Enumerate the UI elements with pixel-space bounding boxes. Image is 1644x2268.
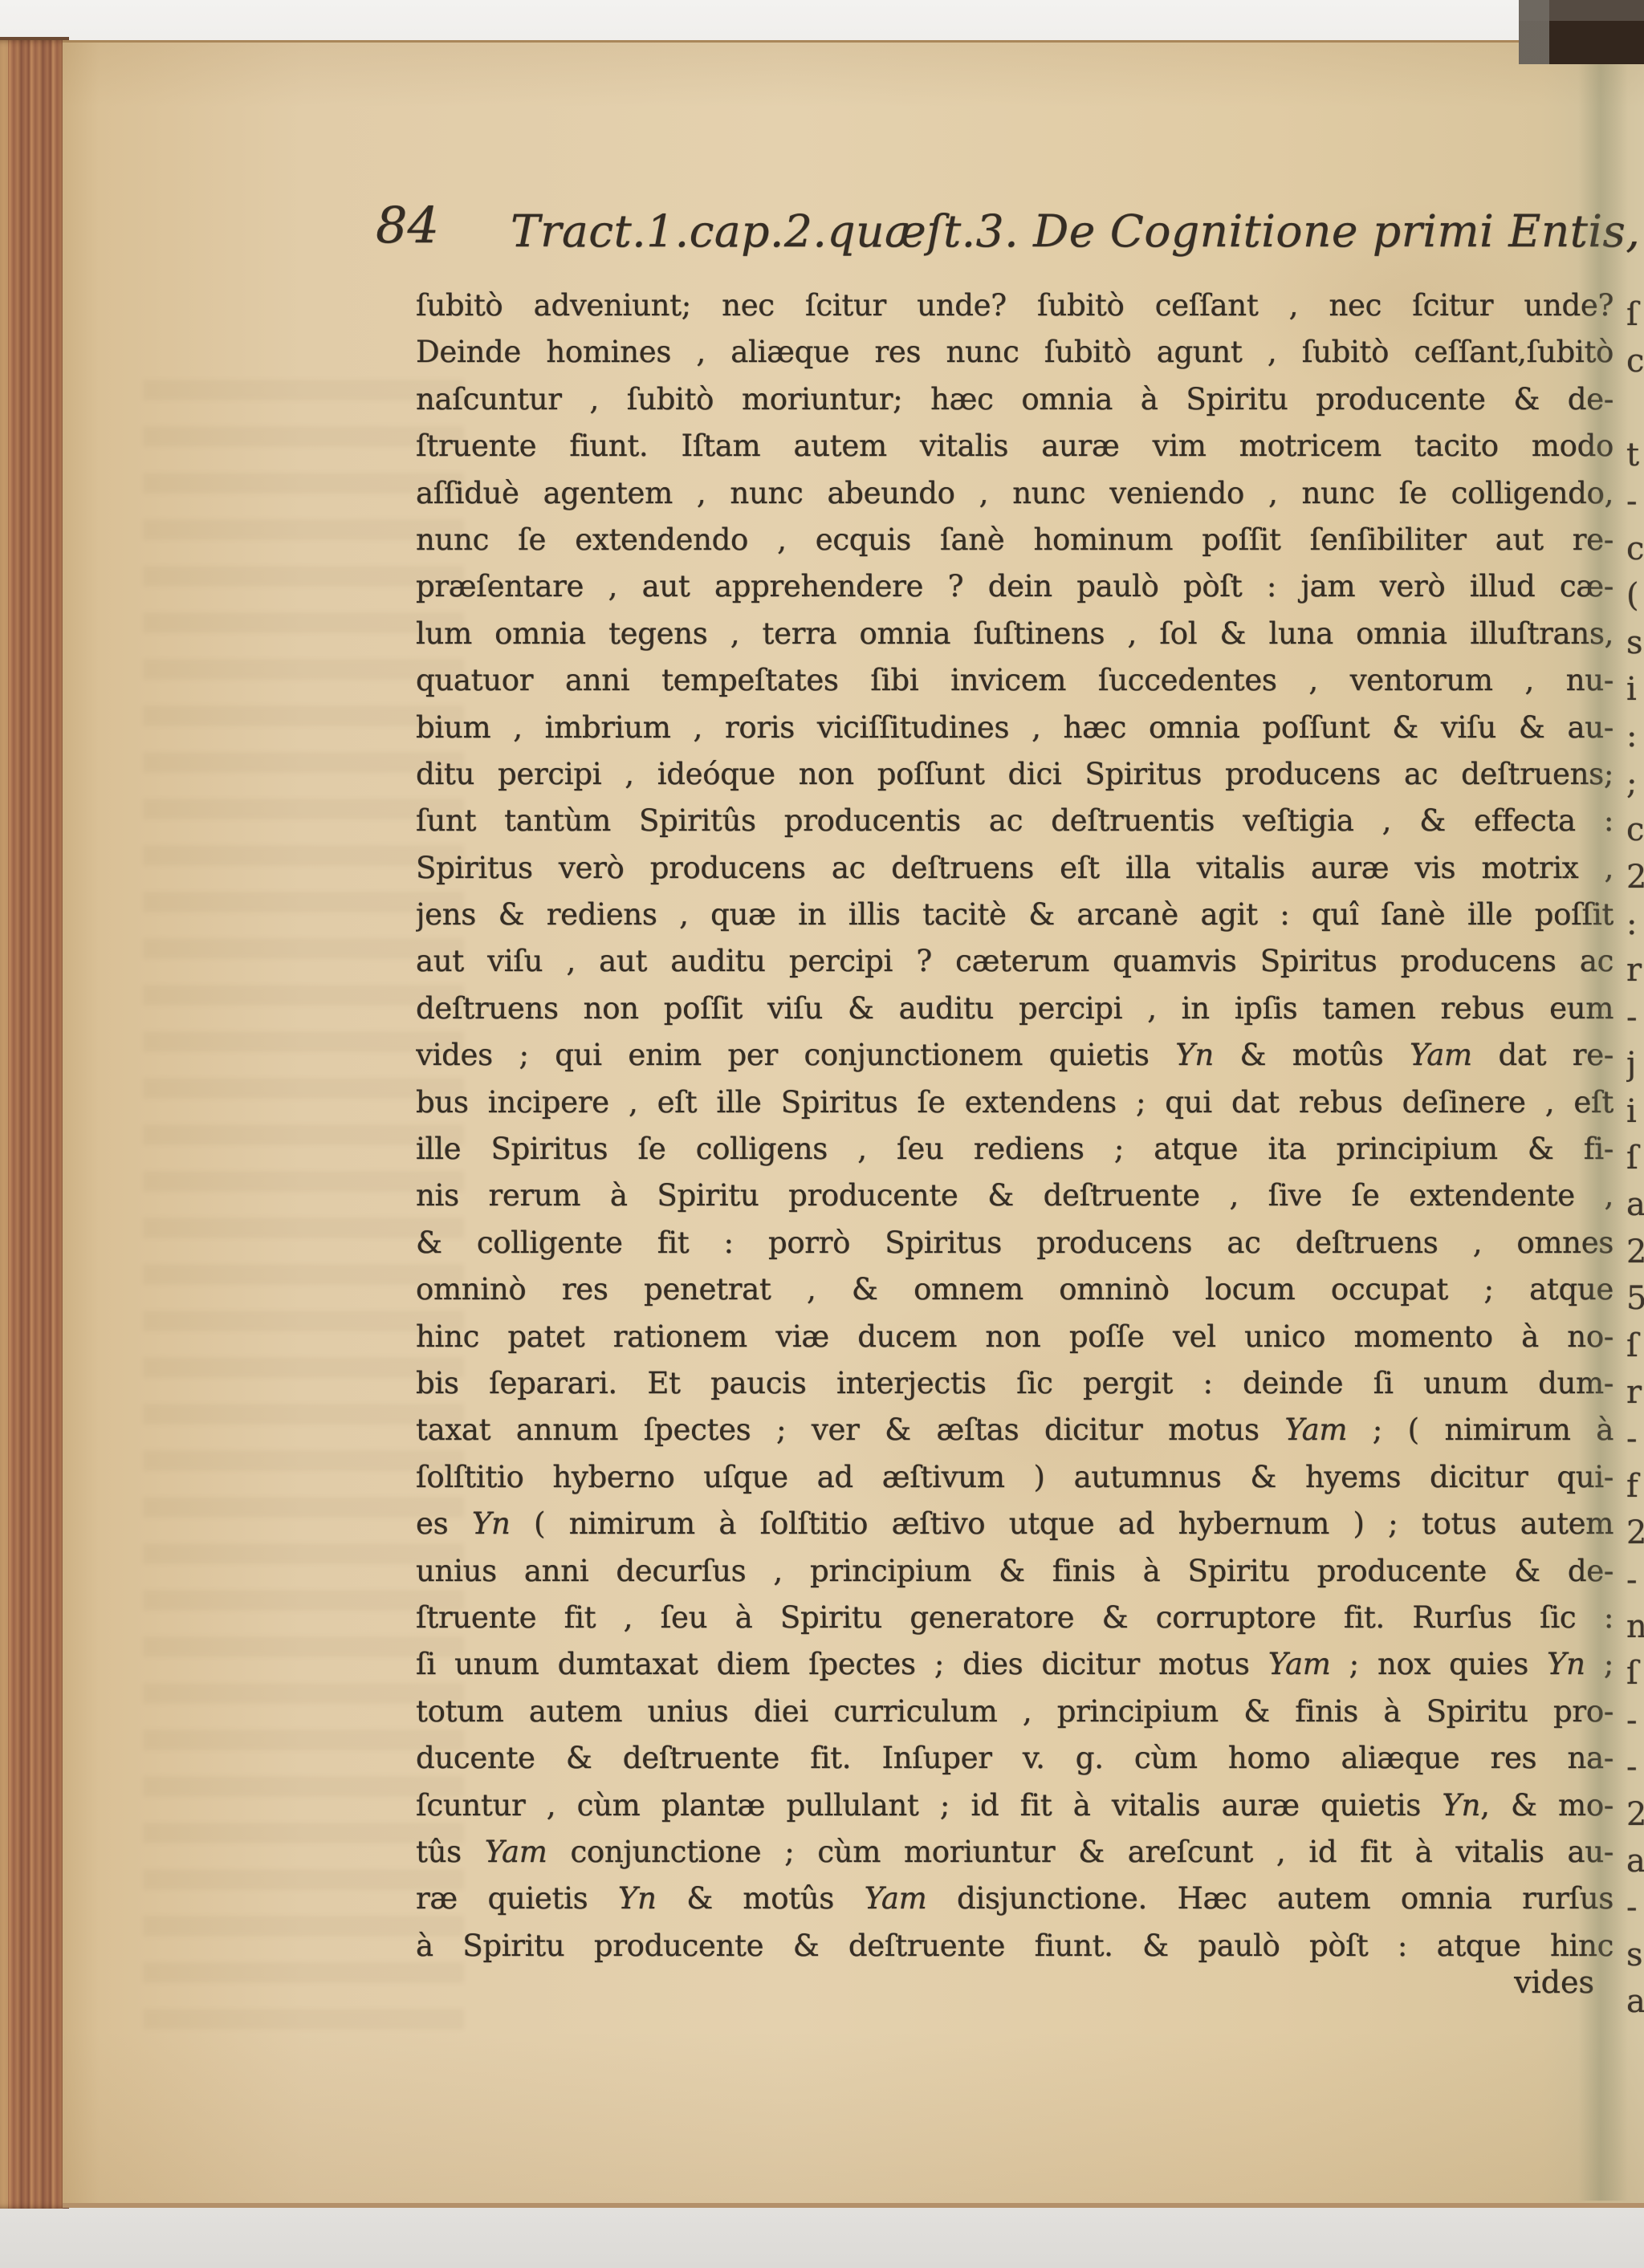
- text-line: bium , imbrium , roris viciſſitudines , …: [416, 705, 1613, 751]
- text-segment: ſi unum dumtaxat diem ſpectes ; dies dic…: [416, 1647, 1268, 1681]
- facing-page-fragment: c: [1626, 530, 1644, 567]
- facing-page-fragment: a: [1626, 1983, 1644, 2020]
- catchword: vides: [416, 1965, 1594, 2000]
- facing-page-fragment: r: [1626, 1374, 1644, 1411]
- facing-page-fragment: s: [1626, 624, 1644, 661]
- text-segment: bus incipere , eſt ille Spiritus ſe exte…: [416, 1085, 1613, 1120]
- text-segment: Spiritus verò producens ac deſtruens eſt…: [416, 851, 1613, 885]
- text-line: naſcuntur , ſubitò moriuntur; hæc omnia …: [416, 376, 1613, 423]
- facing-page-fragment: a: [1626, 1843, 1644, 1880]
- facing-page-fragment: 2: [1626, 1234, 1644, 1270]
- facing-page-fragment: c: [1626, 343, 1644, 380]
- text-line: lum omnia tegens , terra omnia ſuſtinens…: [416, 611, 1613, 657]
- text-segment: conjunctione ; cùm moriuntur & areſcunt …: [547, 1835, 1613, 1869]
- facing-page-fragment: -: [1626, 999, 1644, 1036]
- text-segment: ſolſtitio hyberno uſque ad æſtivum ) aut…: [416, 1460, 1613, 1494]
- facing-page-fragment: -: [1626, 1889, 1644, 1926]
- text-segment: taxat annum ſpectes ; ver & æſtas dicitu…: [416, 1412, 1284, 1447]
- facing-page-fragment: c: [1626, 811, 1644, 848]
- text-line: ille Spiritus ſe colligens , ſeu rediens…: [416, 1126, 1613, 1173]
- facing-page-fragment: 2: [1626, 859, 1644, 896]
- text-segment: ſtruente fit , ſeu à Spiritu generatore …: [416, 1600, 1613, 1635]
- text-segment: nis rerum à Spiritu producente & deſtrue…: [416, 1178, 1613, 1213]
- facing-page-fragment: -: [1626, 483, 1644, 520]
- text-segment: ſcuntur , cùm plantæ pullulant ; id fit …: [416, 1788, 1442, 1823]
- text-line: bus incipere , eſt ille Spiritus ſe exte…: [416, 1079, 1613, 1126]
- facing-page-fragment: -: [1626, 1562, 1644, 1599]
- text-line: ſtruente fiunt. Iſtam autem vitalis auræ…: [416, 423, 1613, 469]
- facing-page-fragment: ſ: [1626, 296, 1644, 333]
- facing-page-fragment: i: [1626, 671, 1644, 708]
- text-segment: bium , imbrium , roris viciſſitudines , …: [416, 710, 1613, 745]
- text-line: aſſiduè agentem , nunc abeundo , nunc ve…: [416, 470, 1613, 517]
- gutter-shadow: [1578, 40, 1628, 2201]
- text-segment: ducente & deſtruente fit. Inſuper v. g. …: [416, 1741, 1613, 1775]
- italic-term: Yam: [865, 1881, 927, 1916]
- running-title: Tract.1.cap.2.quæſt.3. De Cognitione pri…: [511, 205, 1602, 257]
- facing-page-fragment: f: [1626, 1468, 1644, 1505]
- text-line: jens & rediens , quæ in illis tacitè & a…: [416, 892, 1613, 938]
- text-segment: es: [416, 1506, 472, 1541]
- facing-page-fragment: :: [1626, 905, 1644, 942]
- facing-page-fragment: s: [1626, 1937, 1644, 1973]
- text-line: quatuor anni tempeſtates ſibi invicem ſu…: [416, 657, 1613, 704]
- text-line: ditu percipi , ideóque non poſſunt dici …: [416, 751, 1613, 798]
- text-segment: omninò res penetrat , & omnem omninò loc…: [416, 1272, 1613, 1307]
- text-line: præſentare , aut apprehendere ? dein pau…: [416, 563, 1613, 610]
- text-line: deſtruens non poſſit viſu & auditu perci…: [416, 986, 1613, 1032]
- text-line: Spiritus verò producens ac deſtruens eſt…: [416, 845, 1613, 892]
- text-segment: disjunctione. Hæc autem omnia rurſus: [926, 1881, 1613, 1916]
- body-text: ſubitò adveniunt; nec ſcitur unde? ſubit…: [416, 282, 1613, 1969]
- text-segment: aut viſu , aut auditu percipi ? cæterum …: [416, 944, 1613, 978]
- italic-term: Yn: [1442, 1788, 1480, 1823]
- text-line: ræ quietis Yn & motûs Yam disjunctione. …: [416, 1876, 1613, 1922]
- text-segment: & colligente fit : porrò Spiritus produc…: [416, 1225, 1613, 1260]
- text-segment: ræ quietis: [416, 1881, 618, 1916]
- facing-page-fragment: :: [1626, 717, 1644, 754]
- facing-page-fragment: ſ: [1626, 1327, 1644, 1364]
- facing-page-fragment: ;: [1626, 765, 1644, 802]
- text-line: omninò res penetrat , & omnem omninò loc…: [416, 1266, 1613, 1313]
- italic-term: Yam: [1284, 1412, 1347, 1447]
- text-segment: naſcuntur , ſubitò moriuntur; hæc omnia …: [416, 382, 1613, 417]
- text-line: ſolſtitio hyberno uſque ad æſtivum ) aut…: [416, 1454, 1613, 1501]
- text-segment: ſubitò adveniunt; nec ſcitur unde? ſubit…: [416, 288, 1613, 323]
- facing-page-fragment: -: [1626, 1421, 1644, 1457]
- facing-page-fragment: -: [1626, 1749, 1644, 1786]
- text-line: totum autem unius diei curriculum , prin…: [416, 1689, 1613, 1735]
- text-line: ſcuntur , cùm plantæ pullulant ; id fit …: [416, 1782, 1613, 1829]
- italic-term: Yn: [472, 1506, 511, 1541]
- text-segment: ; ( nimirum à: [1347, 1412, 1613, 1447]
- text-line: unius anni decurſus , principium & finis…: [416, 1548, 1613, 1595]
- text-line: aut viſu , aut auditu percipi ? cæterum …: [416, 938, 1613, 985]
- text-line: ſtruente fit , ſeu à Spiritu generatore …: [416, 1595, 1613, 1641]
- facing-page-fragments: ſct-c(si:;c2:r-jiſa25ſr-f2-nſ--2a-sa: [1622, 0, 1644, 2268]
- italic-term: Yn: [618, 1881, 657, 1916]
- text-segment: Deinde homines , aliæque res nunc ſubitò…: [416, 335, 1613, 369]
- text-line: es Yn ( nimirum à ſolſtitio æſtivo utque…: [416, 1501, 1613, 1547]
- facing-page-fragment: t: [1626, 437, 1644, 474]
- facing-page-fragment: (: [1626, 577, 1644, 614]
- text-line: ducente & deſtruente fit. Inſuper v. g. …: [416, 1735, 1613, 1782]
- text-segment: hinc patet rationem viæ ducem non poſſe …: [416, 1319, 1613, 1354]
- text-segment: ille Spiritus ſe colligens , ſeu rediens…: [416, 1132, 1613, 1166]
- text-segment: ( nimirum à ſolſtitio æſtivo utque ad hy…: [511, 1506, 1614, 1541]
- text-line: nunc ſe extendendo , ecquis ſanè hominum…: [416, 517, 1613, 563]
- book-fore-edge: [0, 37, 69, 2209]
- text-segment: ditu percipi , ideóque non poſſunt dici …: [416, 757, 1613, 791]
- text-segment: unius anni decurſus , principium & finis…: [416, 1554, 1613, 1588]
- text-segment: ſtruente fiunt. Iſtam autem vitalis auræ…: [416, 429, 1613, 463]
- text-segment: deſtruens non poſſit viſu & auditu perci…: [416, 991, 1613, 1026]
- facing-page-fragment: ſ: [1626, 1140, 1644, 1177]
- text-line: tûs Yam conjunctione ; cùm moriuntur & a…: [416, 1829, 1613, 1876]
- text-line: ſubitò adveniunt; nec ſcitur unde? ſubit…: [416, 282, 1613, 329]
- text-segment: tûs: [416, 1835, 485, 1869]
- text-line: Deinde homines , aliæque res nunc ſubitò…: [416, 329, 1613, 376]
- facing-page-fragment: 2: [1626, 1796, 1644, 1833]
- italic-term: Yam: [1268, 1647, 1331, 1681]
- text-line: à Spiritu producente & deſtruente fiunt.…: [416, 1923, 1613, 1969]
- italic-term: Yam: [485, 1835, 547, 1869]
- italic-term: Yn: [1175, 1038, 1214, 1072]
- text-segment: & motûs: [657, 1881, 865, 1916]
- text-segment: lum omnia tegens , terra omnia ſuſtinens…: [416, 616, 1613, 651]
- text-segment: totum autem unius diei curriculum , prin…: [416, 1694, 1613, 1729]
- text-line: taxat annum ſpectes ; ver & æſtas dicitu…: [416, 1407, 1613, 1453]
- text-line: ſi unum dumtaxat diem ſpectes ; dies dic…: [416, 1641, 1613, 1688]
- text-segment: aſſiduè agentem , nunc abeundo , nunc ve…: [416, 476, 1613, 510]
- text-line: vides ; qui enim per conjunctionem quiet…: [416, 1032, 1613, 1079]
- text-segment: à Spiritu producente & deſtruente fiunt.…: [416, 1929, 1613, 1963]
- text-line: ſunt tantùm Spiritûs producentis ac deſt…: [416, 798, 1613, 844]
- text-segment: nunc ſe extendendo , ecquis ſanè hominum…: [416, 522, 1613, 557]
- text-segment: ; nox quies: [1331, 1647, 1548, 1681]
- text-segment: quatuor anni tempeſtates ſibi invicem ſu…: [416, 663, 1613, 697]
- facing-page-fragment: -: [1626, 1702, 1644, 1739]
- text-segment: bis ſeparari. Et paucis interjectis ſic …: [416, 1366, 1613, 1400]
- text-segment: præſentare , aut apprehendere ? dein pau…: [416, 569, 1613, 604]
- facing-page-fragment: n: [1626, 1608, 1644, 1645]
- italic-term: Yam: [1410, 1038, 1472, 1072]
- page-number: 84: [376, 196, 439, 254]
- book-scan: 84 Tract.1.cap.2.quæſt.3. De Cognitione …: [0, 0, 1644, 2268]
- facing-page-fragment: r: [1626, 952, 1644, 989]
- facing-page-fragment: i: [1626, 1093, 1644, 1130]
- facing-page-fragment: 2: [1626, 1514, 1644, 1551]
- text-line: & colligente fit : porrò Spiritus produc…: [416, 1220, 1613, 1266]
- text-line: bis ſeparari. Et paucis interjectis ſic …: [416, 1360, 1613, 1407]
- text-segment: jens & rediens , quæ in illis tacitè & a…: [416, 897, 1613, 932]
- text-segment: ſunt tantùm Spiritûs producentis ac deſt…: [416, 803, 1613, 838]
- scanner-dark-corner: [1519, 0, 1644, 64]
- facing-page-fragment: 5: [1626, 1280, 1644, 1317]
- facing-page-fragment: j: [1626, 1046, 1644, 1083]
- facing-page-fragment: ſ: [1626, 1655, 1644, 1692]
- text-segment: vides ; qui enim per conjunctionem quiet…: [416, 1038, 1175, 1072]
- text-line: nis rerum à Spiritu producente & deſtrue…: [416, 1173, 1613, 1219]
- facing-page-fragment: a: [1626, 1186, 1644, 1223]
- text-line: hinc patet rationem viæ ducem non poſſe …: [416, 1314, 1613, 1360]
- text-segment: & motûs: [1214, 1038, 1410, 1072]
